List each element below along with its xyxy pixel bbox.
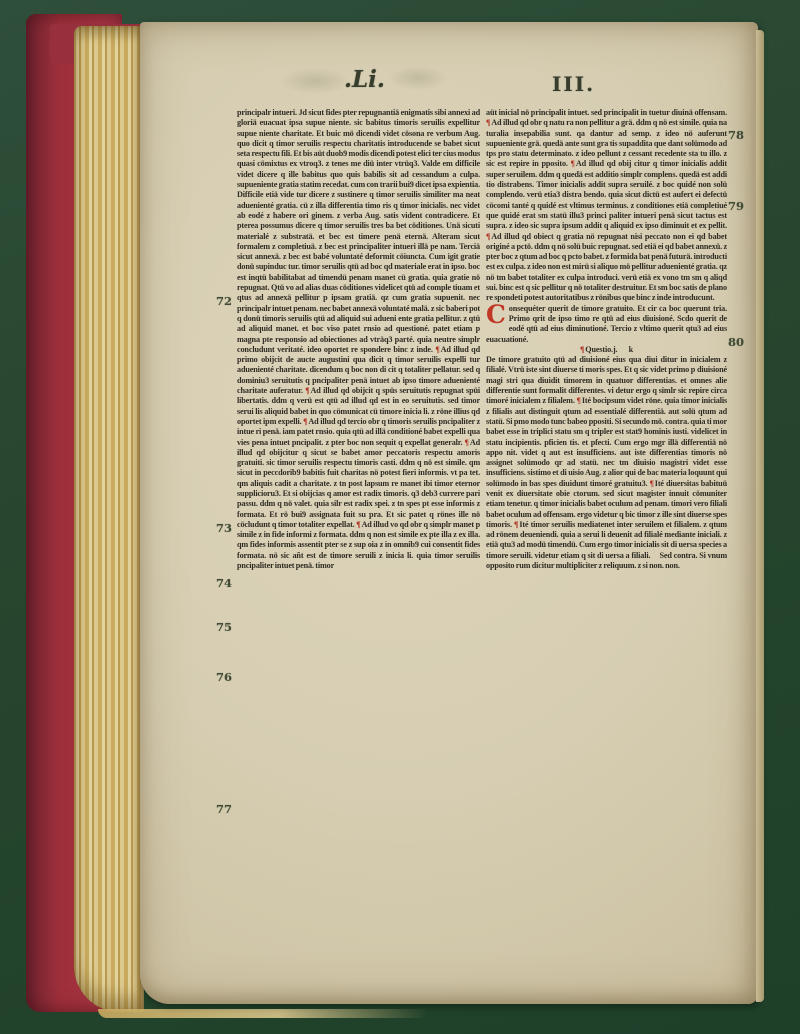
margin-number: 73 xyxy=(200,521,232,535)
bleedthrough-smudge xyxy=(388,66,448,90)
pilcrow-rubric: ¶ xyxy=(650,479,655,488)
bleedthrough-smudge xyxy=(280,68,350,94)
margin-number: 77 xyxy=(200,802,232,816)
pilcrow-rubric: ¶ xyxy=(465,438,470,447)
gutter-page-edge xyxy=(756,30,764,1002)
rubricated-initial: C xyxy=(486,304,509,325)
text-paragraph: De timore gratuito qtü ad diuisioné eius… xyxy=(486,355,727,571)
margin-number: 75 xyxy=(200,620,232,634)
text-paragraph: Consequéter querit de timore gratuito. E… xyxy=(486,304,727,345)
pilcrow-rubric: ¶ xyxy=(356,520,361,529)
text-column-right: aüt inicial nö principalit intuet. sed p… xyxy=(486,108,727,894)
page-edge-stack xyxy=(74,26,144,1012)
pilcrow-rubric: ¶ xyxy=(486,232,491,241)
margin-number: 74 xyxy=(200,576,232,590)
pilcrow-rubric: ¶ xyxy=(486,118,491,127)
pilcrow-rubric: ¶ xyxy=(435,345,440,354)
text-paragraph: aüt inicial nö principalit intuet. sed p… xyxy=(486,108,727,304)
text-paragraph: ¶Questio.j. k xyxy=(486,345,727,355)
pilcrow-rubric: ¶ xyxy=(303,417,308,426)
margin-number: 72 xyxy=(200,294,232,308)
book-page: .Li. III. principalr intueri. Jd sicut f… xyxy=(140,22,758,1004)
pilcrow-rubric: ¶ xyxy=(571,159,576,168)
pilcrow-rubric: ¶ xyxy=(514,520,519,529)
running-header-book-number: III. xyxy=(552,72,595,96)
text-paragraph: principalr intueri. Jd sicut fides pter … xyxy=(237,108,480,571)
page-bottom-edge xyxy=(98,1009,428,1018)
pilcrow-rubric: ¶ xyxy=(580,345,585,354)
scanned-book-photo: .Li. III. principalr intueri. Jd sicut f… xyxy=(0,0,800,1034)
text-column-left: principalr intueri. Jd sicut fides pter … xyxy=(237,108,480,894)
pilcrow-rubric: ¶ xyxy=(305,386,310,395)
pilcrow-rubric: ¶ xyxy=(577,396,582,405)
margin-number: 76 xyxy=(200,670,232,684)
running-header-li: .Li. xyxy=(344,66,385,93)
